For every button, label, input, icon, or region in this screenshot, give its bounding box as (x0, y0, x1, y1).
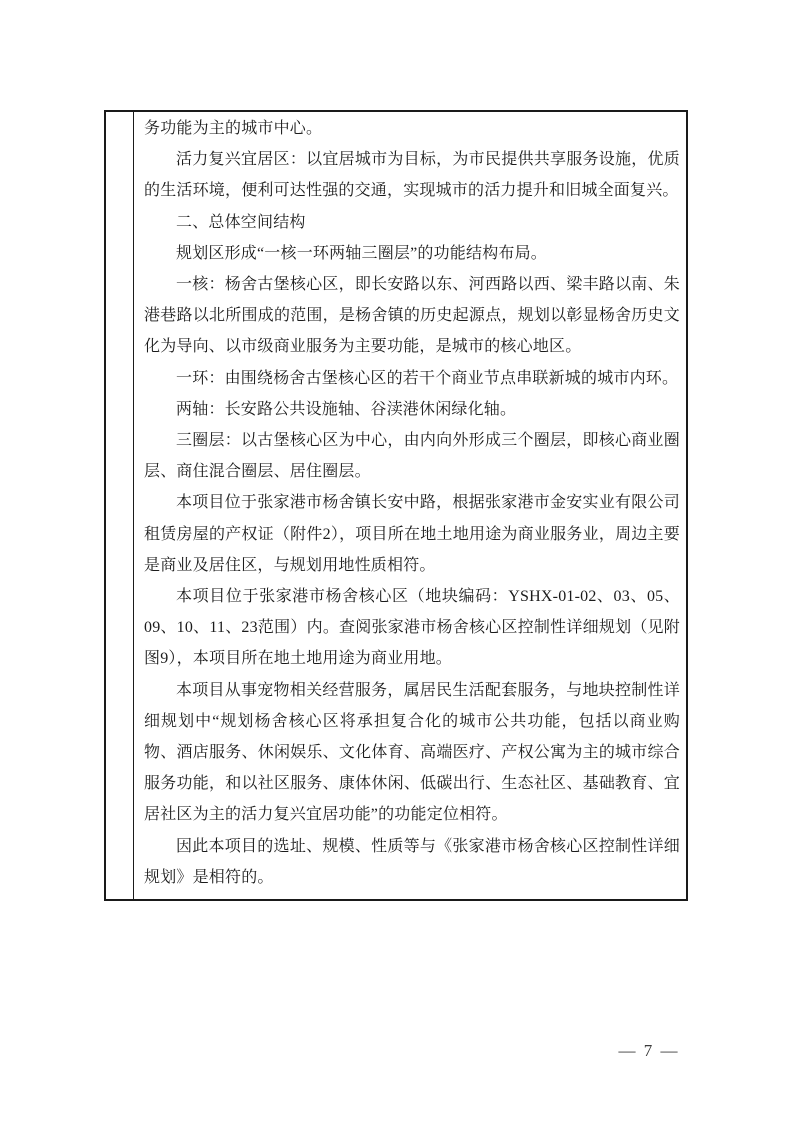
table-content-cell: 务功能为主的城市中心。 活力复兴宜居区：以宜居城市为目标，为市民提供共享服务设施… (134, 112, 686, 899)
paragraph: 因此本项目的选址、规模、性质等与《张家港市杨舍核心区控制性详细规划》是相符的。 (144, 831, 680, 893)
page-number: — 7 — (599, 1041, 699, 1061)
content-table: 务功能为主的城市中心。 活力复兴宜居区：以宜居城市为目标，为市民提供共享服务设施… (104, 110, 688, 901)
paragraph: 本项目从事宠物相关经营服务，属居民生活配套服务，与地块控制性详细规划中“规划杨舍… (144, 675, 680, 831)
paragraph: 两轴：长安路公共设施轴、谷渎港休闲绿化轴。 (144, 394, 680, 425)
paragraph: 三圈层：以古堡核心区为中心，由内向外形成三个圈层，即核心商业圈层、商住混合圈层、… (144, 425, 680, 487)
paragraph: 务功能为主的城市中心。 (144, 113, 680, 144)
document-page: { "document": { "paragraphs": [ { "text"… (0, 0, 793, 1122)
paragraph: 一核：杨舍古堡核心区，即长安路以东、河西路以西、梁丰路以南、朱港巷路以北所围成的… (144, 269, 680, 363)
table-row-label-column (106, 112, 134, 899)
paragraph: 规划区形成“一核一环两轴三圈层”的功能结构布局。 (144, 238, 680, 269)
paragraph: 本项目位于张家港市杨舍核心区（地块编码：YSHX-01-02、03、05、09、… (144, 581, 680, 675)
paragraph-section-heading: 二、总体空间结构 (144, 207, 680, 238)
paragraph: 一环：由围绕杨舍古堡核心区的若干个商业节点串联新城的城市内环。 (144, 363, 680, 394)
paragraph: 活力复兴宜居区：以宜居城市为目标，为市民提供共享服务设施，优质的生活环境，便利可… (144, 144, 680, 206)
paragraph: 本项目位于张家港市杨舍镇长安中路，根据张家港市金安实业有限公司租赁房屋的产权证（… (144, 487, 680, 581)
